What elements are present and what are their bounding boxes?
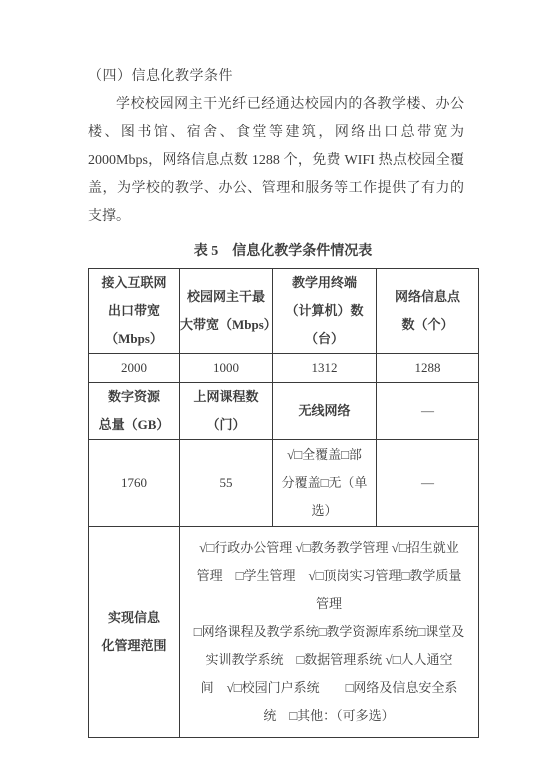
header-online-courses: 上网课程数 （门）: [180, 383, 273, 440]
header-backbone-bandwidth: 校园网主干最 大带宽（Mbps）: [180, 269, 273, 354]
header-teaching-terminals: 教学用终端 （计算机）数 （台）: [273, 269, 377, 354]
section-heading: （四）信息化教学条件: [88, 63, 478, 91]
table-row: 2000 1000 1312 1288: [89, 354, 479, 383]
value-internet-bandwidth: 2000: [89, 354, 180, 383]
value-wireless-coverage-options: √□全覆盖□部 分覆盖□无（单 选）: [273, 440, 377, 527]
table-row: 数字资源 总量（GB） 上网课程数 （门） 无线网络 —: [89, 383, 479, 440]
value-network-points: 1288: [377, 354, 479, 383]
value-digital-resources: 1760: [89, 440, 180, 527]
header-digital-resources: 数字资源 总量（GB）: [89, 383, 180, 440]
header-network-points: 网络信息点 数（个）: [377, 269, 479, 354]
table-row: 接入互联网 出口带宽 （Mbps） 校园网主干最 大带宽（Mbps） 教学用终端…: [89, 269, 479, 354]
value-backbone-bandwidth: 1000: [180, 354, 273, 383]
value-teaching-terminals: 1312: [273, 354, 377, 383]
dash-cell: —: [377, 440, 479, 527]
document-page: （四）信息化教学条件 学校校园网主干光纤已经通达校园内的各教学楼、办公楼、图书馆…: [88, 63, 478, 738]
dash-cell: —: [377, 383, 479, 440]
header-management-scope: 实现信息 化管理范围: [89, 527, 180, 738]
value-online-courses: 55: [180, 440, 273, 527]
value-management-scope-options: √□行政办公管理 √□教务教学管理 √□招生就业 管理 □学生管理 √□顶岗实习…: [180, 527, 479, 738]
header-wireless-network: 无线网络: [273, 383, 377, 440]
table-row: 实现信息 化管理范围 √□行政办公管理 √□教务教学管理 √□招生就业 管理 □…: [89, 527, 479, 738]
table-caption: 表 5 信息化教学条件情况表: [88, 238, 478, 266]
table-row: 1760 55 √□全覆盖□部 分覆盖□无（单 选） —: [89, 440, 479, 527]
header-internet-bandwidth: 接入互联网 出口带宽 （Mbps）: [89, 269, 180, 354]
intro-paragraph: 学校校园网主干光纤已经通达校园内的各教学楼、办公楼、图书馆、宿舍、食堂等建筑，网…: [88, 91, 464, 231]
informatization-table: 接入互联网 出口带宽 （Mbps） 校园网主干最 大带宽（Mbps） 教学用终端…: [88, 268, 479, 738]
